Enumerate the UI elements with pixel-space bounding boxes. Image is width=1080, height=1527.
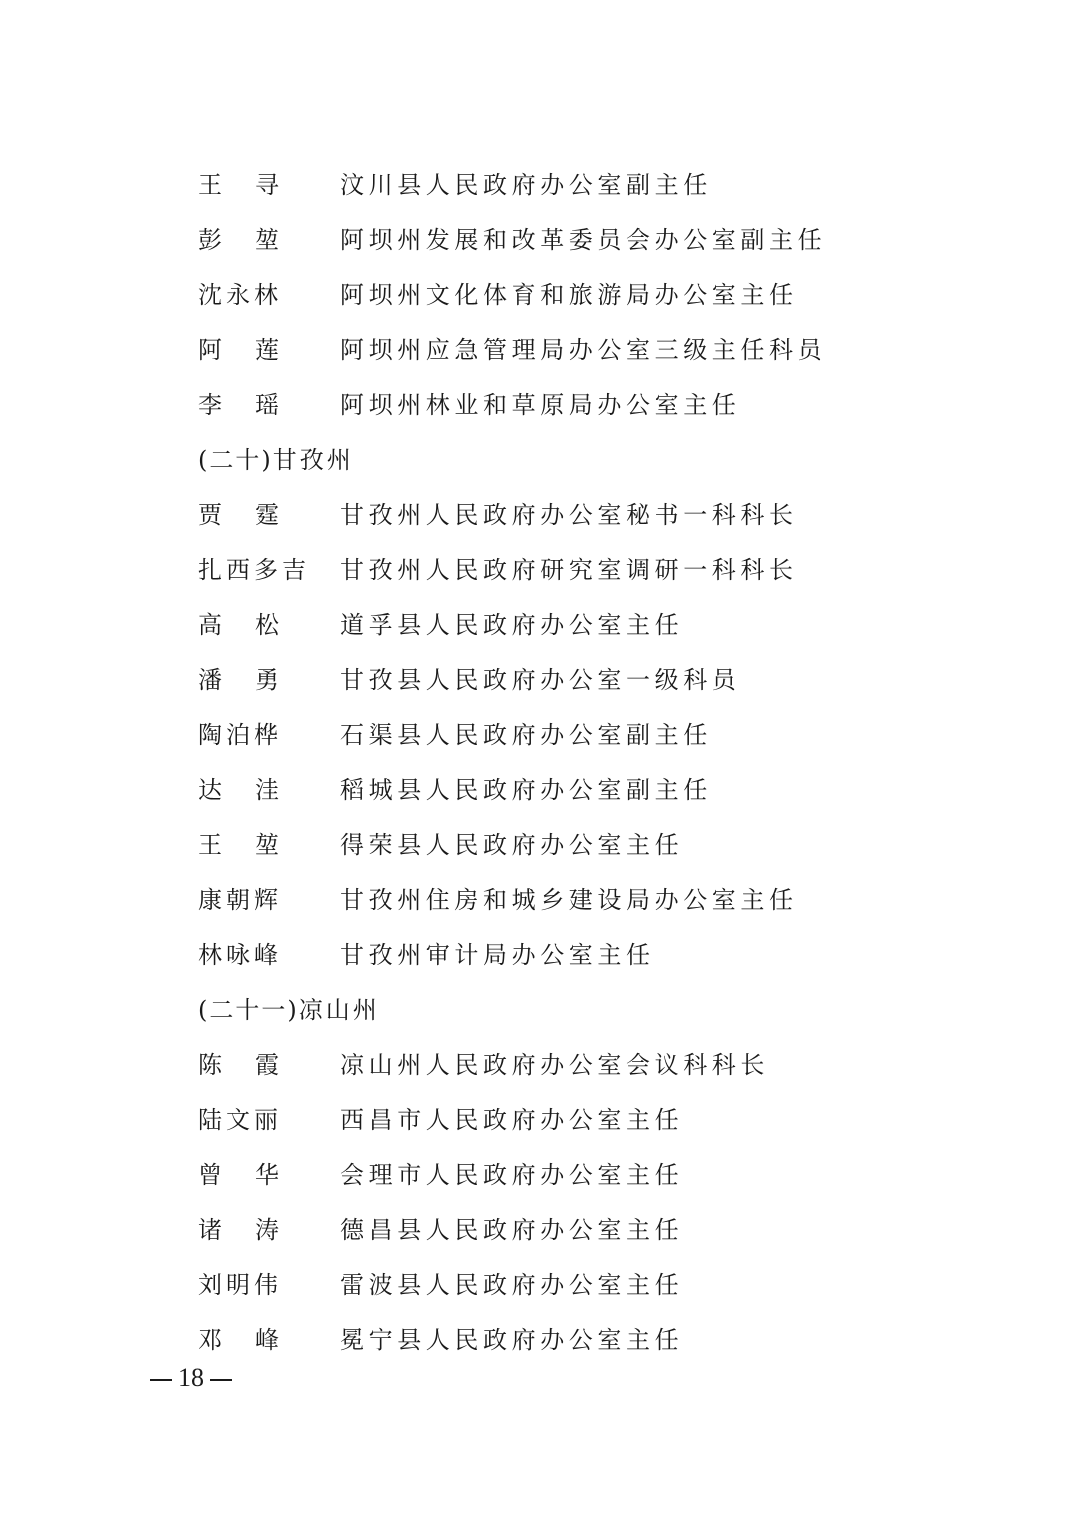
section-region: 甘孜州 (273, 446, 354, 474)
list-item: 沈永林阿坝州文化体育和旅游局办公室主任 (198, 268, 898, 323)
person-position: 石渠县人民政府办公室副主任 (340, 708, 712, 763)
person-position: 凉山州人民政府办公室会议科科长 (340, 1038, 769, 1093)
person-name: 阿莲 (198, 323, 338, 378)
page-number-value: 18 (178, 1363, 204, 1392)
person-position: 会理市人民政府办公室主任 (340, 1148, 683, 1203)
person-name: 陈霞 (198, 1038, 338, 1093)
person-position: 阿坝州文化体育和旅游局办公室主任 (340, 268, 798, 323)
list-item: 李瑶阿坝州林业和草原局办公室主任 (198, 378, 898, 433)
person-name: 贾霆 (198, 488, 338, 543)
person-name: 陆文丽 (198, 1093, 338, 1148)
list-item: 高松道孚县人民政府办公室主任 (198, 598, 898, 653)
person-name: 林咏峰 (198, 928, 338, 983)
person-name: 达洼 (198, 763, 338, 818)
list-item: 贾霆甘孜州人民政府办公室秘书一科科长 (198, 488, 898, 543)
list-item: 王寻汶川县人民政府办公室副主任 (198, 158, 898, 213)
person-position: 汶川县人民政府办公室副主任 (340, 158, 712, 213)
person-name: 王寻 (198, 158, 338, 213)
person-name: 诸涛 (198, 1203, 338, 1258)
list-item: 潘勇甘孜县人民政府办公室一级科员 (198, 653, 898, 708)
section-heading: (二十)甘孜州 (198, 433, 898, 488)
list-item: 曾华会理市人民政府办公室主任 (198, 1148, 898, 1203)
personnel-list: 王寻汶川县人民政府办公室副主任彭堃阿坝州发展和改革委员会办公室副主任沈永林阿坝州… (198, 158, 898, 1368)
list-item: 彭堃阿坝州发展和改革委员会办公室副主任 (198, 213, 898, 268)
person-position: 阿坝州应急管理局办公室三级主任科员 (340, 323, 826, 378)
section-number: (二十) (198, 446, 273, 474)
person-position: 道孚县人民政府办公室主任 (340, 598, 683, 653)
list-item: 邓峰冕宁县人民政府办公室主任 (198, 1313, 898, 1368)
section-number: (二十一) (198, 996, 299, 1024)
person-name: 曾华 (198, 1148, 338, 1203)
section-region: 凉山州 (299, 996, 380, 1024)
person-name: 潘勇 (198, 653, 338, 708)
list-item: 陈霞凉山州人民政府办公室会议科科长 (198, 1038, 898, 1093)
person-name: 沈永林 (198, 268, 338, 323)
person-position: 甘孜州住房和城乡建设局办公室主任 (340, 873, 798, 928)
person-position: 甘孜州审计局办公室主任 (340, 928, 655, 983)
person-name: 李瑶 (198, 378, 338, 433)
person-position: 甘孜州人民政府办公室秘书一科科长 (340, 488, 798, 543)
page-number-dash-right (210, 1379, 232, 1381)
list-item: 刘明伟雷波县人民政府办公室主任 (198, 1258, 898, 1313)
page-number: 18 (150, 1360, 238, 1396)
person-name: 彭堃 (198, 213, 338, 268)
person-position: 甘孜县人民政府办公室一级科员 (340, 653, 740, 708)
person-position: 阿坝州林业和草原局办公室主任 (340, 378, 740, 433)
section-heading: (二十一)凉山州 (198, 983, 898, 1038)
list-item: 陶泊桦石渠县人民政府办公室副主任 (198, 708, 898, 763)
person-name: 高松 (198, 598, 338, 653)
person-name: 刘明伟 (198, 1258, 338, 1313)
person-position: 雷波县人民政府办公室主任 (340, 1258, 683, 1313)
list-item: 阿莲阿坝州应急管理局办公室三级主任科员 (198, 323, 898, 378)
person-name: 康朝辉 (198, 873, 338, 928)
person-position: 甘孜州人民政府研究室调研一科科长 (340, 543, 798, 598)
list-item: 陆文丽西昌市人民政府办公室主任 (198, 1093, 898, 1148)
page-number-dash-left (150, 1379, 172, 1381)
person-name: 王堃 (198, 818, 338, 873)
person-position: 德昌县人民政府办公室主任 (340, 1203, 683, 1258)
person-position: 稻城县人民政府办公室副主任 (340, 763, 712, 818)
list-item: 达洼稻城县人民政府办公室副主任 (198, 763, 898, 818)
list-item: 王堃得荣县人民政府办公室主任 (198, 818, 898, 873)
person-name: 陶泊桦 (198, 708, 338, 763)
person-position: 西昌市人民政府办公室主任 (340, 1093, 683, 1148)
list-item: 扎西多吉甘孜州人民政府研究室调研一科科长 (198, 543, 898, 598)
document-page: 王寻汶川县人民政府办公室副主任彭堃阿坝州发展和改革委员会办公室副主任沈永林阿坝州… (0, 0, 1080, 1527)
person-position: 阿坝州发展和改革委员会办公室副主任 (340, 213, 826, 268)
list-item: 林咏峰甘孜州审计局办公室主任 (198, 928, 898, 983)
person-position: 得荣县人民政府办公室主任 (340, 818, 683, 873)
person-name: 扎西多吉 (198, 543, 338, 598)
list-item: 诸涛德昌县人民政府办公室主任 (198, 1203, 898, 1258)
list-item: 康朝辉甘孜州住房和城乡建设局办公室主任 (198, 873, 898, 928)
person-position: 冕宁县人民政府办公室主任 (340, 1313, 683, 1368)
